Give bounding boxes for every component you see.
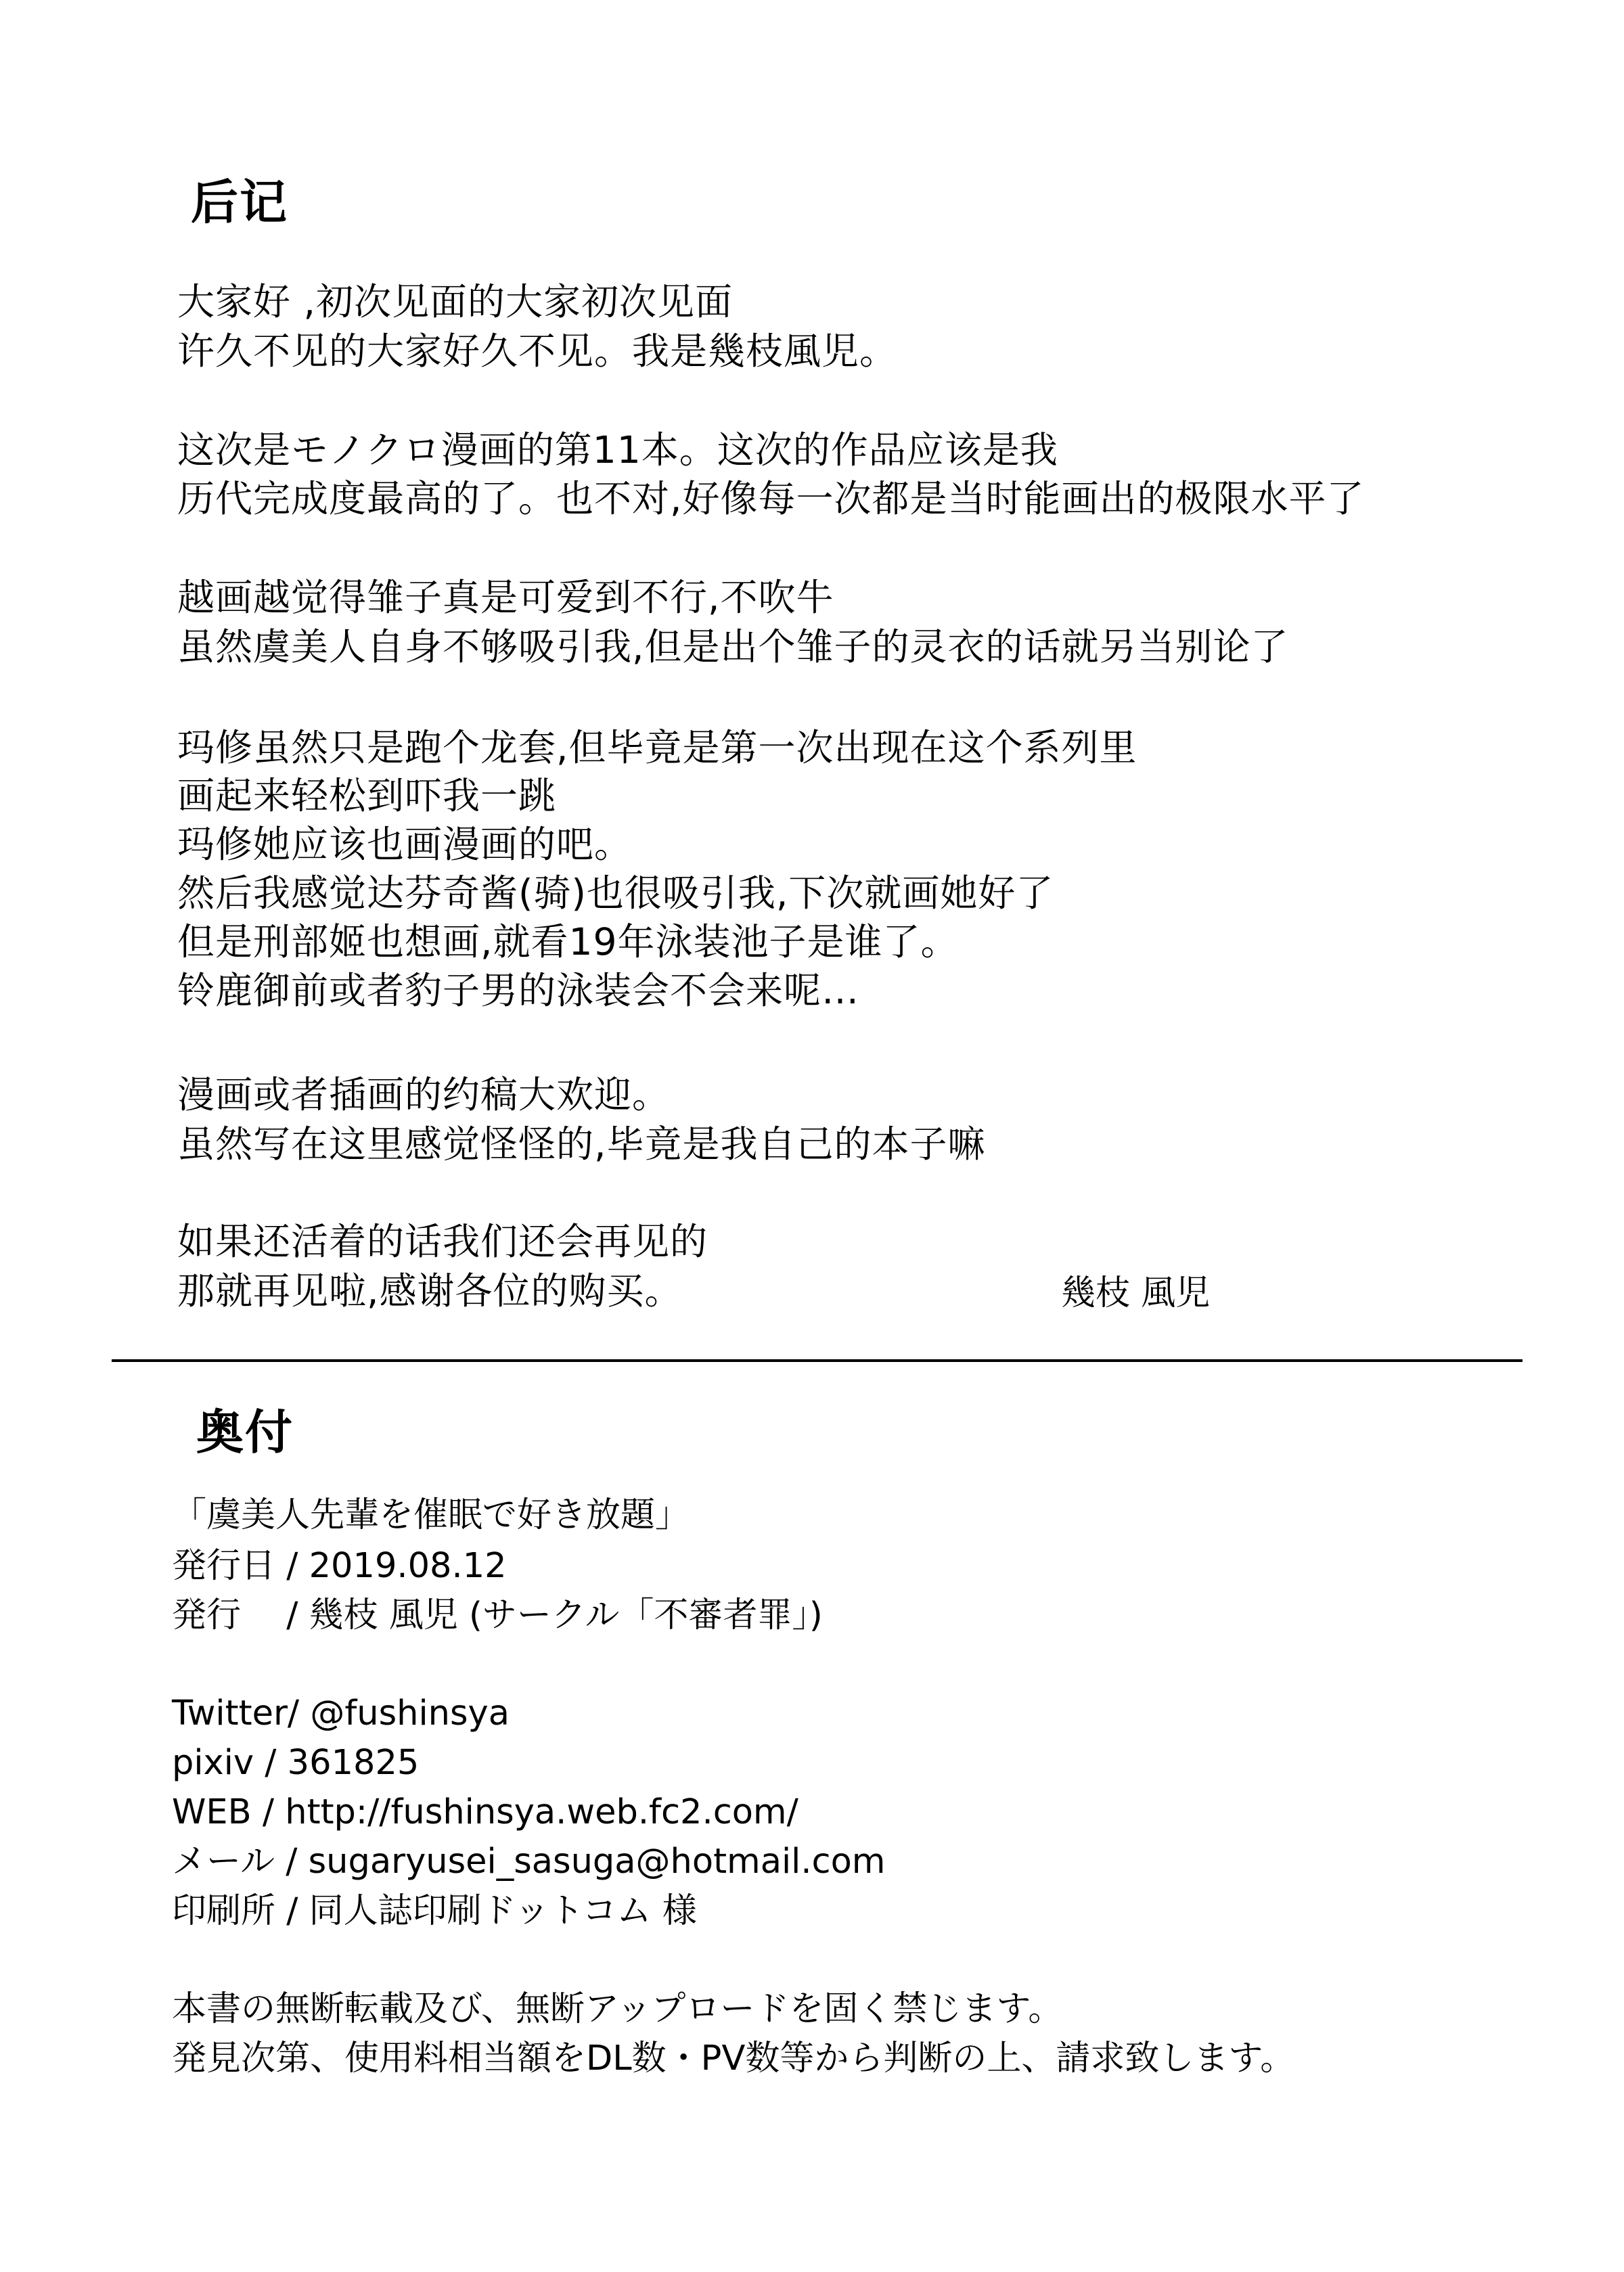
afterword-title: 后记 — [191, 179, 288, 226]
author-signature: 幾枝 風児 — [1061, 1273, 1210, 1314]
printer: 印刷所 / 同人誌印刷ドットコム 様 — [172, 1892, 697, 1930]
afterword-line: 漫画或者插画的约稿大欢迎。 — [177, 1074, 670, 1115]
afterword-line: 玛修虽然只是跑个龙套,但毕竟是第一次出现在这个系列里 — [177, 727, 1137, 768]
afterword-line: 虽然写在这里感觉怪怪的,毕竟是我自己的本子嘛 — [177, 1124, 985, 1164]
afterword-line: 如果还活着的话我们还会再见的 — [177, 1221, 708, 1262]
afterword-line: 大家好 ,初次见面的大家初次见面 — [177, 281, 733, 322]
afterword-line: 这次是モノクロ漫画的第11本。这次的作品应该是我 — [177, 430, 1058, 470]
afterword-line: 画起来轻松到吓我一跳 — [177, 775, 556, 816]
afterword-line: 然后我感觉达芬奇酱(骑)也很吸引我,下次就画她好了 — [177, 873, 1054, 913]
email-address: メール / sugaryusei_sasuga@hotmail.com — [172, 1843, 885, 1881]
afterword-line: 历代完成度最高的了。也不对,好像每一次都是当时能画出的极限水平了 — [177, 478, 1365, 519]
pixiv-id: pixiv / 361825 — [172, 1744, 419, 1782]
publish-date: 発行日 / 2019.08.12 — [172, 1547, 507, 1585]
publisher: 発行 / 幾枝 風児 (サークル「不審者罪」) — [172, 1597, 823, 1635]
afterword-line: 但是刑部姬也想画,就看19年泳装池子是谁了。 — [177, 922, 958, 962]
afterword-line: 玛修她应该也画漫画的吧。 — [177, 824, 632, 865]
copyright-notice: 本書の無断転載及び、無断アップロードを固く禁じます。 — [172, 1991, 1062, 2028]
afterword-line: 越画越觉得雏子真是可爱到不行,不吹牛 — [177, 577, 834, 618]
website-url: WEB / http://fushinsya.web.fc2.com/ — [172, 1794, 798, 1832]
afterword-line: 那就再见啦,感谢各位的购买。 — [177, 1271, 682, 1311]
section-divider — [112, 1359, 1522, 1362]
colophon-title: 奥付 — [196, 1409, 294, 1456]
twitter-handle: Twitter/ @fushinsya — [172, 1695, 510, 1733]
afterword-line: 许久不见的大家好久不见。我是幾枝風児。 — [177, 331, 897, 371]
afterword-line: 虽然虞美人自身不够吸引我,但是出个雏子的灵衣的话就另当别论了 — [177, 627, 1289, 667]
afterword-line: 铃鹿御前或者豹子男的泳装会不会来呢… — [177, 970, 859, 1011]
copyright-notice: 発見次第、使用料相当額をDL数・PV数等から判断の上、請求致します。 — [172, 2040, 1294, 2078]
document-page: 后记 大家好 ,初次见面的大家初次见面 许久不见的大家好久不见。我是幾枝風児。 … — [0, 0, 1624, 2272]
book-title: 「虞美人先輩を催眠で好き放題」 — [172, 1497, 690, 1535]
